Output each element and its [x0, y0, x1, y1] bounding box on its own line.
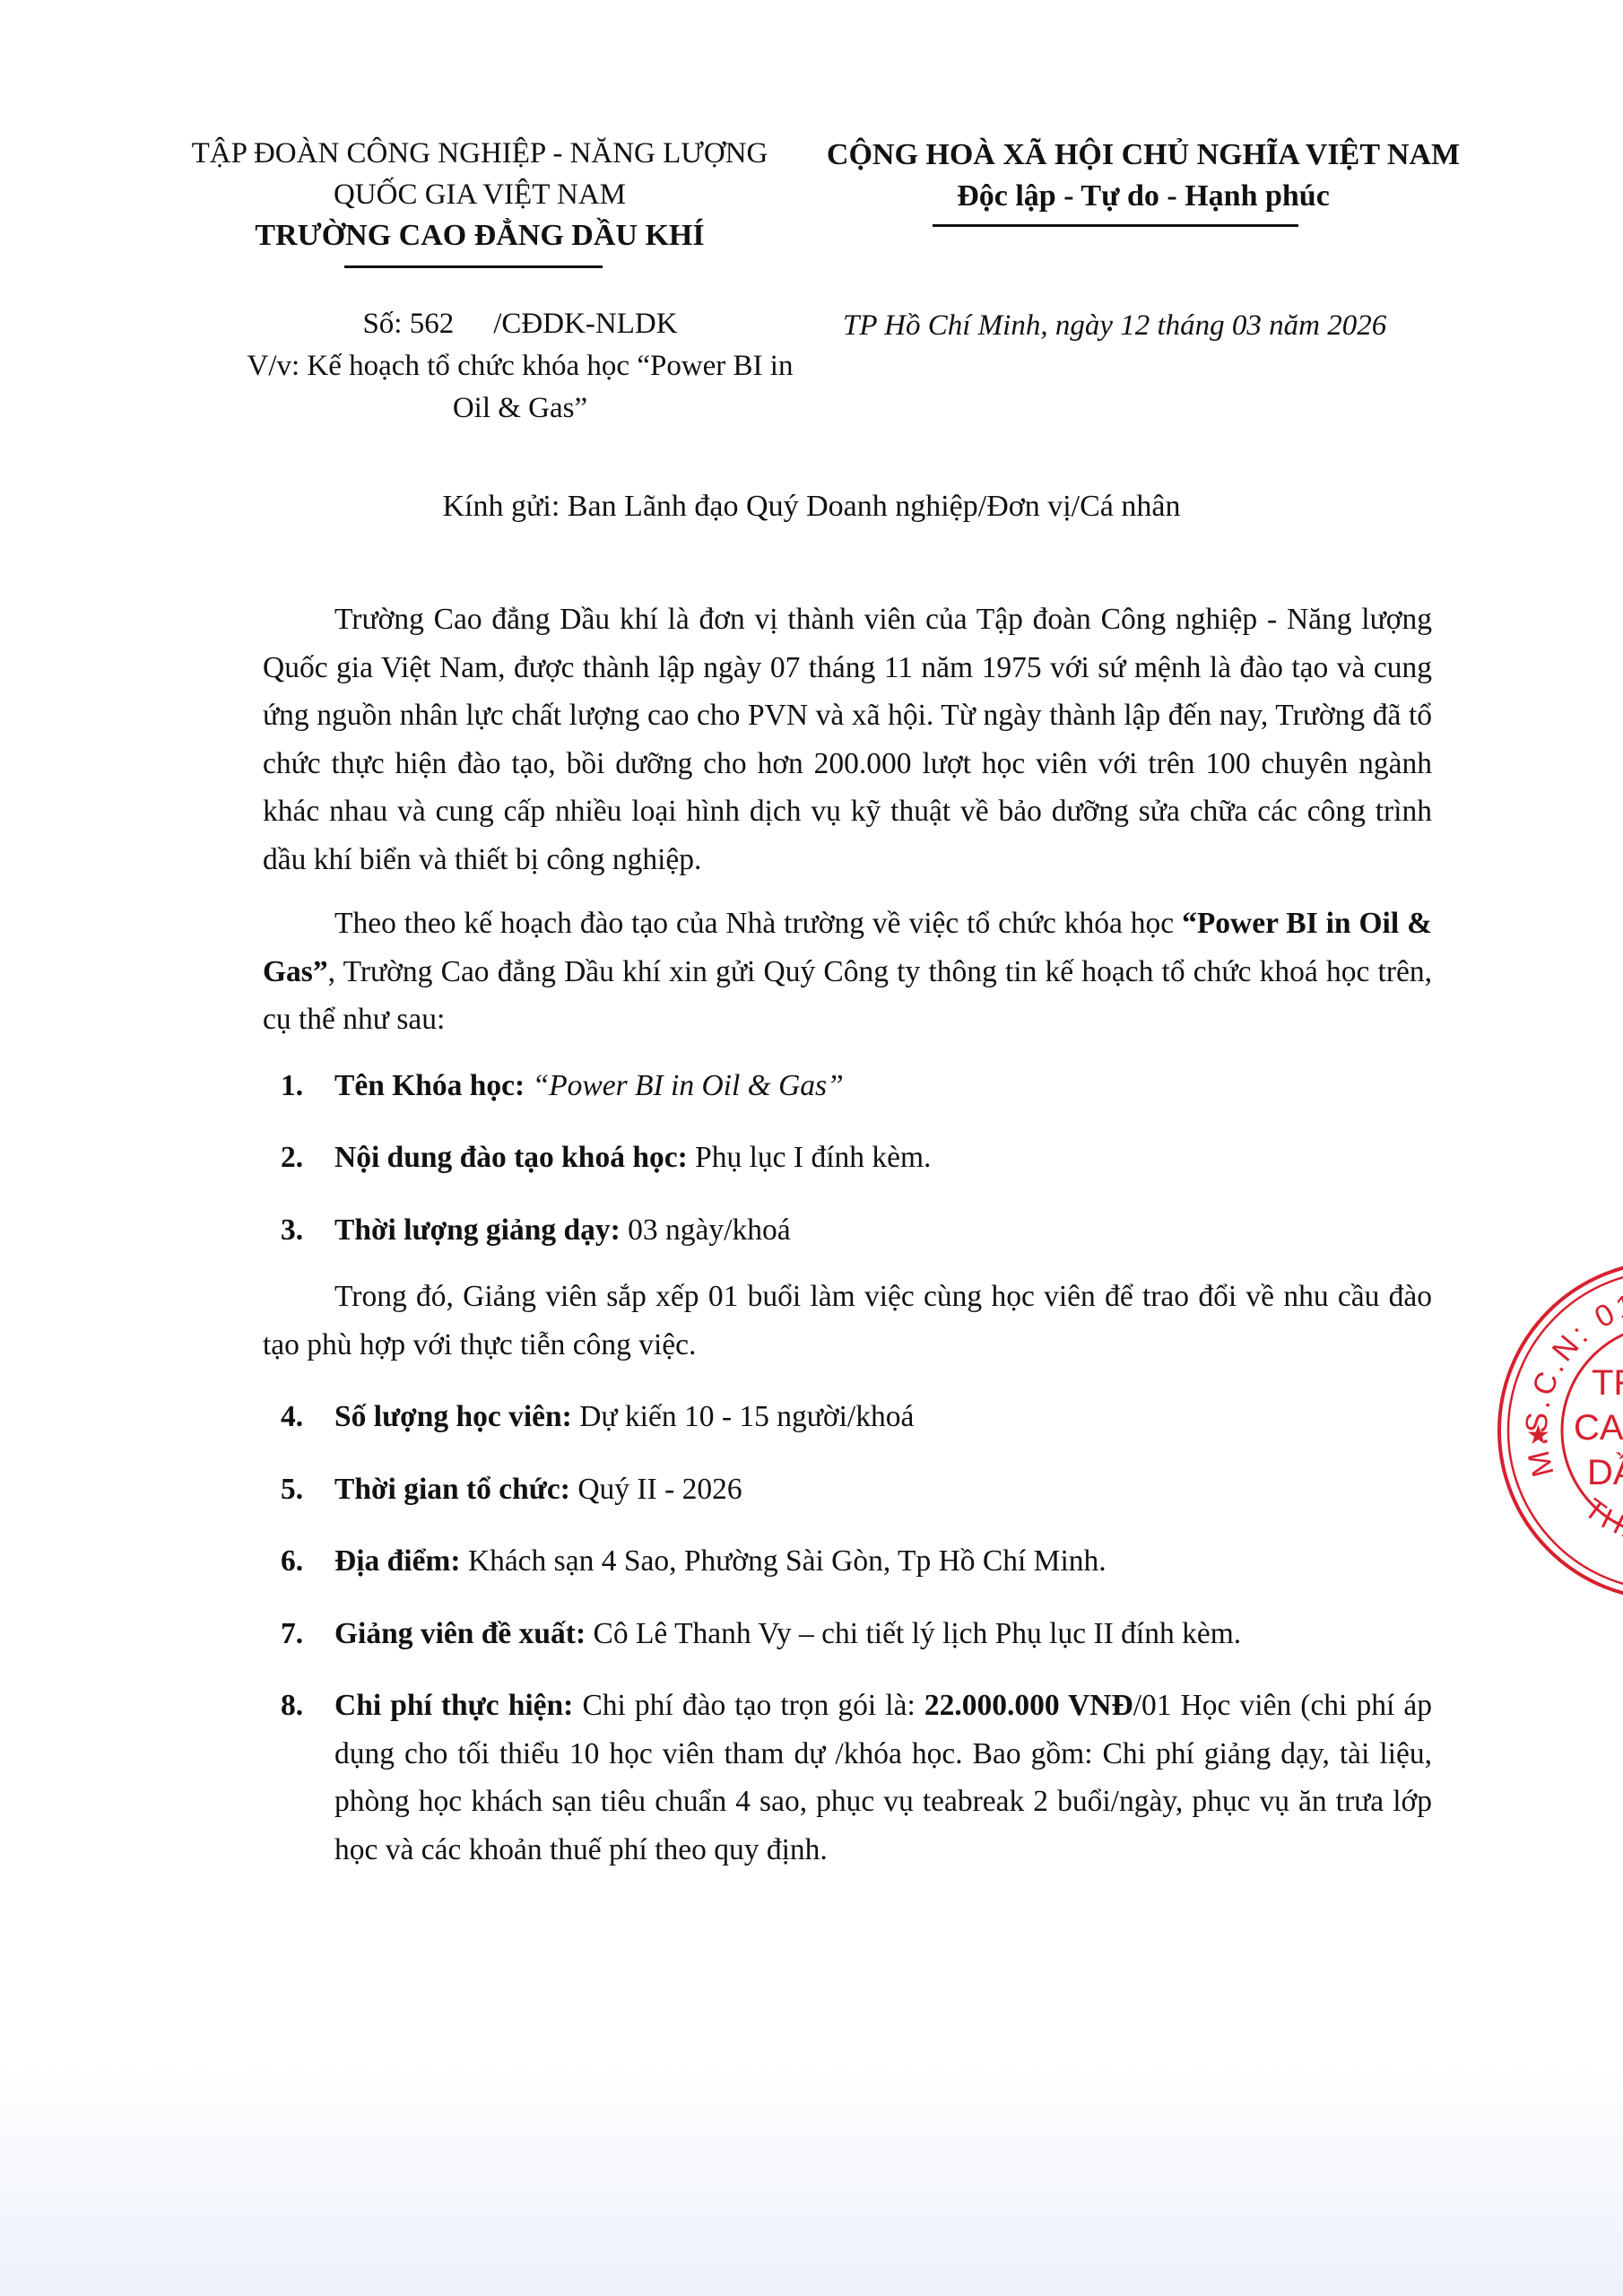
- item-label: Thời lượng giảng dạy:: [334, 1213, 621, 1247]
- org-line-1: TẬP ĐOÀN CÔNG NGHIỆP - NĂNG LƯỢNG: [161, 133, 798, 174]
- recipient-greeting: Kính gửi: Ban Lãnh đạo Quý Doanh nghiệp/…: [323, 484, 1300, 529]
- item-value: “Power BI in Oil & Gas”: [525, 1069, 844, 1102]
- item-value: Quý II - 2026: [570, 1473, 742, 1506]
- national-motto: Độc lập - Tự do - Hạnh phúc: [807, 176, 1480, 217]
- item-number: 7.: [281, 1610, 303, 1658]
- item-label: Số lượng học viên:: [334, 1400, 572, 1433]
- nation-title: CỘNG HOÀ XÃ HỘI CHỦ NGHĨA VIỆT NAM: [807, 135, 1480, 176]
- item-value: Cô Lê Thanh Vy – chi tiết lý lịch Phụ lụ…: [586, 1617, 1241, 1650]
- list-item-participants: 4. Số lượng học viên: Dự kiến 10 - 15 ng…: [263, 1393, 1432, 1441]
- number-value: 562: [410, 308, 455, 340]
- letter-body: Trường Cao đẳng Dầu khí là đơn vị thành …: [263, 596, 1432, 1898]
- subject-line-2: Oil & Gas”: [161, 387, 879, 430]
- seal-center-line-1: TRƯ: [1592, 1363, 1623, 1403]
- item-number: 6.: [281, 1537, 303, 1586]
- number-label: Số:: [362, 308, 402, 340]
- list-item-cost: 8. Chi phí thực hiện: Chi phí đào tạo tr…: [263, 1682, 1432, 1874]
- item-value: 03 ngày/khoá: [621, 1213, 791, 1247]
- list-item-location: 6. Địa điểm: Khách sạn 4 Sao, Phường Sài…: [263, 1537, 1432, 1586]
- svg-text:★: ★: [1526, 1421, 1550, 1450]
- item-label: Thời gian tổ chức:: [334, 1473, 570, 1506]
- list-item-schedule: 5. Thời gian tổ chức: Quý II - 2026: [263, 1465, 1432, 1514]
- school-name: TRƯỜNG CAO ĐẲNG DẦU KHÍ: [161, 215, 798, 257]
- item-value: Chi phí đào tạo trọn gói là:: [573, 1689, 924, 1722]
- seal-center-line-2: CAO: [1574, 1408, 1623, 1448]
- list-item-duration: 3. Thời lượng giảng dạy: 03 ngày/khoá: [263, 1206, 1432, 1255]
- item-value: Khách sạn 4 Sao, Phường Sài Gòn, Tp Hồ C…: [461, 1544, 1107, 1578]
- course-details-list: 1. Tên Khóa học: “Power BI in Oil & Gas”…: [263, 1062, 1432, 1874]
- list-item-course-name: 1. Tên Khóa học: “Power BI in Oil & Gas”: [263, 1062, 1432, 1110]
- issuer-header: TẬP ĐOÀN CÔNG NGHIỆP - NĂNG LƯỢNG QUỐC G…: [161, 133, 798, 257]
- org-line-2: QUỐC GIA VIỆT NAM: [161, 174, 798, 215]
- intro-paragraph: Trường Cao đẳng Dầu khí là đơn vị thành …: [263, 596, 1432, 883]
- plan-text-after: , Trường Cao đẳng Dầu khí xin gửi Quý Cô…: [263, 955, 1432, 1037]
- official-seal-icon: M.S.C.N: 010 ★ THÀNH PHỐ TRƯ CAO DẦU: [1497, 1260, 1623, 1601]
- item-number: 4.: [281, 1393, 303, 1441]
- subject-line-1: V/v: Kế hoạch tổ chức khóa học “Power BI…: [161, 345, 879, 387]
- number-code: /CĐDK-NLDK: [493, 308, 677, 340]
- item-label: Tên Khóa học:: [334, 1069, 525, 1102]
- seal-center-line-3: DẦU: [1587, 1451, 1623, 1492]
- item-number: 3.: [281, 1206, 303, 1255]
- motto-underline: [933, 224, 1298, 227]
- item-value: Dự kiến 10 - 15 người/khoá: [572, 1400, 915, 1433]
- item-number: 2.: [281, 1134, 303, 1182]
- list-item-content: 2. Nội dung đào tạo khoá học: Phụ lục I …: [263, 1134, 1432, 1182]
- item-label: Nội dung đào tạo khoá học:: [334, 1141, 688, 1174]
- place-date: TP Hồ Chí Minh, ngày 12 tháng 03 năm 202…: [843, 305, 1497, 347]
- national-header: CỘNG HOÀ XÃ HỘI CHỦ NGHĨA VIỆT NAM Độc l…: [807, 135, 1480, 217]
- item-number: 8.: [281, 1682, 303, 1730]
- cost-amount: 22.000.000 VNĐ: [924, 1689, 1133, 1722]
- scan-tint: [0, 2063, 1623, 2296]
- item-value: Phụ lục I đính kèm.: [688, 1141, 932, 1174]
- item-label: Chi phí thực hiện:: [334, 1689, 573, 1722]
- duration-note: Trong đó, Giảng viên sắp xếp 01 buổi làm…: [263, 1273, 1432, 1369]
- issuer-underline: [344, 265, 603, 268]
- plan-paragraph: Theo theo kế hoạch đào tạo của Nhà trườn…: [263, 900, 1432, 1044]
- item-label: Giảng viên đề xuất:: [334, 1617, 586, 1650]
- document-number: Số: 562/CĐDK-NLDK: [161, 303, 879, 345]
- reference-block: Số: 562/CĐDK-NLDK V/v: Kế hoạch tổ chức …: [161, 303, 879, 430]
- item-number: 1.: [281, 1062, 303, 1110]
- item-number: 5.: [281, 1465, 303, 1514]
- plan-text-before: Theo theo kế hoạch đào tạo của Nhà trườn…: [334, 907, 1182, 940]
- item-label: Địa điểm:: [334, 1544, 461, 1578]
- list-item-instructor: 7. Giảng viên đề xuất: Cô Lê Thanh Vy – …: [263, 1610, 1432, 1658]
